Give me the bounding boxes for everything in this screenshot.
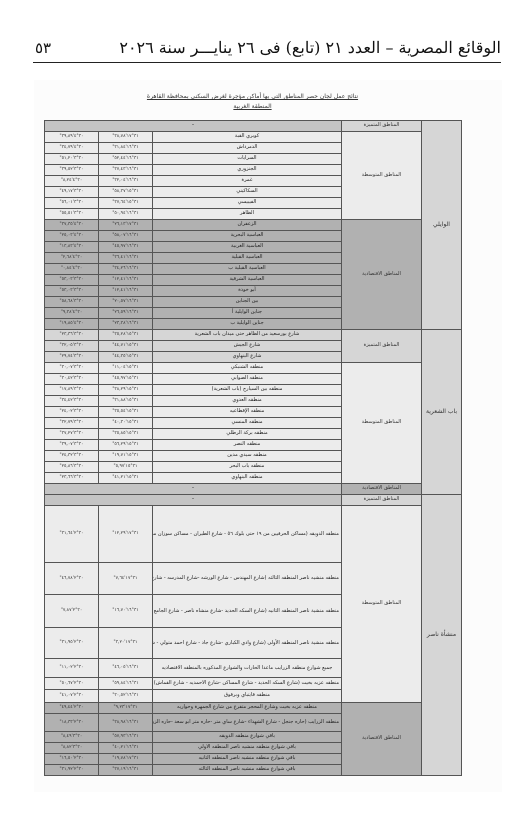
longitude-value: ٣٠°٣'٥٥,٥١" [45, 209, 99, 220]
latitude-value: ٣١°١٦'٥٢,٤٤" [99, 154, 153, 165]
street-name: شارع الجيش [153, 341, 342, 352]
table-row: باب الشعريةالمناطق المتميزةشارع بورسعيد … [45, 330, 462, 341]
longitude-value: ٣٠°٤'٣٧,٣٥" [45, 220, 99, 231]
category-distinguished: المناطق المتميزة [342, 495, 422, 506]
longitude-value: ٣٠°٣'٣٩,٠٧" [45, 440, 99, 451]
street-name: منطقه بين السيارج (باب الشعرية) [153, 385, 342, 396]
latitude-value: ٣١°١٥'٥٦,٢٩" [99, 440, 153, 451]
longitude-value: ٣٠°٣'٢٤,٣٢" [45, 451, 99, 462]
street-name: منطقه الصوابي [153, 374, 342, 385]
table-row: المناطق الاقتصاديةمنطقه عزبه بخيت وشارع … [45, 703, 462, 714]
street-name: باقي شوارع منطقه الدويقه [153, 732, 342, 743]
latitude-value: ٣١°١٥'٣٥,٨٥" [99, 429, 153, 440]
street-name: منطقه قايتباي وبرقوق [153, 690, 342, 703]
street-name: الظاهر [153, 209, 342, 220]
longitude-value: ٣٠°٢'٣١,٩٢" [45, 765, 99, 776]
longitude-value: ٣٠°٢'٣١,٩٥" [45, 628, 99, 659]
dash-row: منشأة ناصرالمناطق المتميزة– [45, 495, 462, 506]
longitude-value: ٣٠°٣'٨,٨٢" [45, 743, 99, 754]
category-distinguished: المناطق المتميزة [342, 330, 422, 363]
longitude-value: ٣٠°٤'٣٩,٨٩" [45, 132, 99, 143]
street-name: منطقه المنسي [153, 418, 342, 429]
street-name: منطقه عزبه بخيت (شارع السكه الحديد - شار… [153, 678, 342, 690]
latitude-value: ٣١°١٧'٣,٢٠" [99, 628, 153, 659]
longitude-value: ٣٠°٢'٤٦,٧٨" [45, 563, 99, 595]
street-name: منطقه العدوي [153, 396, 342, 407]
street-name: أبو خوذة [153, 286, 342, 297]
latitude-value: ٣١°١٦'٣٤,٢٦" [99, 264, 153, 275]
street-name: العباسية القبلية ب [153, 264, 342, 275]
longitude-value: ٣٠°٣'٢٩,٧٤" [45, 352, 99, 363]
street-name: العباسية الشرقية [153, 275, 342, 286]
street-name: منطقه سيدي مدين [153, 451, 342, 462]
street-name: منطقه عزبه بخيت وشارع المحجر متفرع من شا… [153, 703, 342, 714]
empty-category-dash: – [45, 484, 342, 495]
region-name: منشأة ناصر [422, 495, 462, 776]
longitude-value: ٣٠°٢'٤١,٠٧" [45, 690, 99, 703]
table-caption: نتائج عمل لجان حصر المناطق التي بها أماك… [44, 93, 461, 100]
latitude-value: ٣١°١٦'٤٠,٢١" [99, 743, 153, 754]
latitude-value: ٣١°١٥'٥٨,٣٧" [99, 187, 153, 198]
category-economic: المناطق الاقتصادية [342, 703, 422, 776]
latitude-value: ٣١°١٦'٤٥,٩٧" [99, 242, 153, 253]
longitude-value: ٣٠°٣'٢٣,٦٦" [45, 473, 99, 484]
street-name: شارع البنهاوي [153, 352, 342, 363]
region-name: الوايلي [422, 121, 462, 330]
longitude-value: ٣٠°٢'١١,٠٢" [45, 659, 99, 678]
longitude-value: ٣٠°٤'٩,٣٨" [45, 308, 99, 319]
category-economic: المناطق الاقتصادية [342, 484, 422, 495]
street-name: جميع شوارع منطقه الزرايب ماعدا الحارات و… [153, 659, 342, 678]
street-name: الدمرداش [153, 143, 342, 154]
street-name: منطقه باب البحر [153, 462, 342, 473]
street-name: باقي شوارع منطقه منشيه ناصر المنطقه الاو… [153, 743, 342, 754]
table-row: المناطق الاقتصاديةالزعفران٣١°١٧'٢٦,١٣"٣٠… [45, 220, 462, 231]
longitude-value: ٣٠°٣'٣٩,٥٢" [45, 165, 99, 176]
street-name: جناين الوايلية أ [153, 308, 342, 319]
longitude-value: ٣٠°٤'٢٥,٠٣" [45, 231, 99, 242]
longitude-value: ٣٠°٢'١٦,٥٠" [45, 754, 99, 765]
street-name: كوبري القبة [153, 132, 342, 143]
street-name: الفيبيسي [153, 198, 342, 209]
latitude-value: ٣١°١٥'٣٥,٥٤" [99, 407, 153, 418]
table-subcaption: المنطقة الغربية [44, 103, 461, 110]
latitude-value: ٣١°١٥'٤١,٢١" [99, 473, 153, 484]
category-medium: المناطق المتوسطة [342, 363, 422, 484]
latitude-value: ٣١°١٥'١١,٠٤" [99, 363, 153, 374]
latitude-value: ٣١°١٧'٢٦,١٣" [99, 220, 153, 231]
street-name: باقي شوارع منطقه منشيه ناصر المنطقه الثا… [153, 765, 342, 776]
category-economic: المناطق الاقتصادية [342, 220, 422, 330]
longitude-value: ٣٠°٤'٠,٨٤" [45, 264, 99, 275]
longitude-value: ٣٠°٣'٤٩,١٧" [45, 187, 99, 198]
longitude-value: ٣٠°٣'٣٢,٧٩" [45, 418, 99, 429]
street-name: منطقه بركة الرطلي [153, 429, 342, 440]
longitude-value: ٣٠°٣'٥٣,٠٣" [45, 275, 99, 286]
latitude-value: ٣١°١٥'٤٥,٩٧" [99, 374, 153, 385]
street-name: شارع بورسعيد من الظاهر حتى ميدان باب الش… [153, 330, 342, 341]
page-number: ٥٣ [35, 39, 51, 57]
latitude-value: ٣١°١٦'١٢,٤١" [99, 275, 153, 286]
longitude-value: ٣٠°٣'٢٥,٨٦" [45, 462, 99, 473]
longitude-value: ٣٠°٣'٥٨,٦٨" [45, 297, 99, 308]
latitude-value: ٣١°١٦'٣٨,٩٨" [99, 714, 153, 732]
table-row: المناطق المتوسطةمنطقه الدويقه (مساكن الح… [45, 506, 462, 563]
latitude-value: ٣١°١٦'٣٦,٤١" [99, 253, 153, 264]
longitude-value: ٣٠°٣'١٧,٨٩" [45, 385, 99, 396]
street-name: الزعفران [153, 220, 342, 231]
latitude-value: ٣١°١٥'٣٧,٦٤" [99, 198, 153, 209]
street-name: بين الجناين [153, 297, 342, 308]
longitude-value: ٣٠°٢'٥٠,٦٧" [45, 678, 99, 690]
latitude-value: ٣١°١٦'١٢,٤١" [99, 286, 153, 297]
latitude-value: ٣١°١٦'٢٠,٥٧" [99, 297, 153, 308]
latitude-value: ٣١°١٦'٣٠,٥٢" [99, 690, 153, 703]
latitude-value: ٣١°١٧'٧,٦٤" [99, 563, 153, 595]
category-distinguished: المناطق المتميزة [342, 121, 422, 132]
street-name: منطقه الدويقه (مساكن الحرفيين من ١٩ حتى … [153, 506, 342, 563]
latitude-value: ٣١°١٦'٣٧,١٩" [99, 765, 153, 776]
empty-category-dash: – [45, 495, 342, 506]
longitude-value: ٣٠°٢'٣١,٦٤" [45, 506, 99, 563]
latitude-value: ٣١°١٦'٢٦,٥٩" [99, 308, 153, 319]
rental-areas-table: الوايليالمناطق المتميزة–المناطق المتوسطة… [44, 120, 462, 776]
street-name: باقي شوارع منطقه منشيه ناصر المنطقه الثا… [153, 754, 342, 765]
longitude-value: ٣٠°٤'٨,٢٤" [45, 176, 99, 187]
latitude-value: ٣١°١٦'٢٣,٣٨" [99, 319, 153, 330]
latitude-value: ٣١°١٦'٤٦,٠٥" [99, 659, 153, 678]
latitude-value: ٣١°١٧'١٢,٢٩" [99, 506, 153, 563]
street-name: العباسية البحرية [153, 231, 342, 242]
street-name: منطقه النصر [153, 440, 342, 451]
longitude-value: ٣٠°٤'١٩,٨٥" [45, 319, 99, 330]
latitude-value: ٣١°١٧'٩,٢٣" [99, 703, 153, 714]
street-name: منطقه الشنبكي [153, 363, 342, 374]
category-medium: المناطق المتوسطة [342, 506, 422, 703]
latitude-value: ٣١°١٦'٥٠,٩٤" [99, 209, 153, 220]
latitude-value: ٣١°١٦'٥٩,٨٤" [99, 678, 153, 690]
dash-row: المناطق الاقتصادية– [45, 484, 462, 495]
gazette-title: الوقائع المصرية – العدد ٢١ (تابع) فى ٢٦ … [119, 38, 501, 57]
longitude-value: ٣٠°٤'١٣,٨٣" [45, 242, 99, 253]
street-name: منطقه منشية ناصر المنطقه الأولى (شارع وا… [153, 628, 342, 659]
empty-category-dash: – [45, 121, 342, 132]
longitude-value: ٣٠°٣'٣٠,٤٢" [45, 374, 99, 385]
latitude-value: ٣١°١٦'١٦,٧٠" [99, 595, 153, 628]
longitude-value: ٣٠°٣'٥٣,٠٣" [45, 286, 99, 297]
street-name: الجنزوري [153, 165, 342, 176]
latitude-value: ٣١°١٥'٤٤,٧١" [99, 341, 153, 352]
longitude-value: ٣٠°٣'٥١,٢٠" [45, 154, 99, 165]
longitude-value: ٣٠°٣'٣٢,٠٥" [45, 341, 99, 352]
longitude-value: ٣٠°٣'٢٣,٣٦" [45, 330, 99, 341]
street-name: السرايات [153, 154, 342, 165]
longitude-value: ٣٠°٣'٥٦,٠١" [45, 198, 99, 209]
latitude-value: ٣١°١٥'٤٤,٣٥" [99, 352, 153, 363]
latitude-value: ٣١°١٥'٣٨,٢٩" [99, 385, 153, 396]
table-row: المناطق المتوسطةكوبري القبة٣١°١٧'٣٨,٧٨"٣… [45, 132, 462, 143]
longitude-value: ٣٠°٣'٨,٤٩" [45, 732, 99, 743]
longitude-value: ٣٠°٣'٢٤,٠٢" [45, 407, 99, 418]
street-name: منطقه منشية ناصر المنطقه الثانيه (شارع ا… [153, 595, 342, 628]
longitude-value: ٣٠°٢'١٨,٣٣" [45, 714, 99, 732]
latitude-value: ٣١°١٥'٣١,٨٨" [99, 396, 153, 407]
latitude-value: ٣١°١٦'٥٨,٠٧" [99, 231, 153, 242]
longitude-value: ٣٠°٢'٤٩,٤٤" [45, 703, 99, 714]
longitude-value: ٣٠°٤'٣٤,٧٩" [45, 143, 99, 154]
latitude-value: ٣١°١٥'١٩,٧١" [99, 451, 153, 462]
latitude-value: ٣١°١٦'٣١,٨٤" [99, 143, 153, 154]
longitude-value: ٣٠°٣'٣٧,٢٧" [45, 429, 99, 440]
latitude-value: ٣١°١٧'٣٨,٧٨" [99, 132, 153, 143]
street-name: غمرة [153, 176, 342, 187]
page-header: الوقائع المصرية – العدد ٢١ (تابع) فى ٢٦ … [33, 38, 501, 63]
street-name: العباسية القبلية [153, 253, 342, 264]
latitude-value: ٣١°١٥'٤٠,٣٠" [99, 418, 153, 429]
longitude-value: ٣٠°٣'٣٠,٠٧" [45, 363, 99, 374]
dash-row: الوايليالمناطق المتميزة– [45, 121, 462, 132]
latitude-value: ٣١°١٦'٣٧,٤٣" [99, 165, 153, 176]
longitude-value: ٣٠°٢'٧,٨٧" [45, 595, 99, 628]
street-name: جناين الوايلية ب [153, 319, 342, 330]
street-name: السكاكيني [153, 187, 342, 198]
street-name: منطقه الإقطاعيه [153, 407, 342, 418]
table-row: المناطق المتوسطةمنطقه الشنبكي٣١°١٥'١١,٠٤… [45, 363, 462, 374]
latitude-value: ٣١°١٦'٣٢,٠٤" [99, 176, 153, 187]
latitude-value: ٣١°١٦'٥٧,٩٣" [99, 732, 153, 743]
street-name: منطقه الزرايب (حاره جنجل - شارع الشهداء … [153, 714, 342, 732]
latitude-value: ٣١°١٥'٥,٩٧" [99, 462, 153, 473]
street-name: منطقه منشيه ناصر المنطقه الثالثه (شارع ا… [153, 563, 342, 595]
street-name: العباسية الغربية [153, 242, 342, 253]
latitude-value: ٣١°١٥'٣٥,٢٨" [99, 330, 153, 341]
region-name: باب الشعرية [422, 330, 462, 495]
latitude-value: ٣١°١٧'١٩,٧٨" [99, 754, 153, 765]
longitude-value: ٣٠°٤'٢,٦٨" [45, 253, 99, 264]
street-name: منطقه البنهاوي [153, 473, 342, 484]
category-medium: المناطق المتوسطة [342, 132, 422, 220]
longitude-value: ٣٠°٣'٣٤,٤٢" [45, 396, 99, 407]
